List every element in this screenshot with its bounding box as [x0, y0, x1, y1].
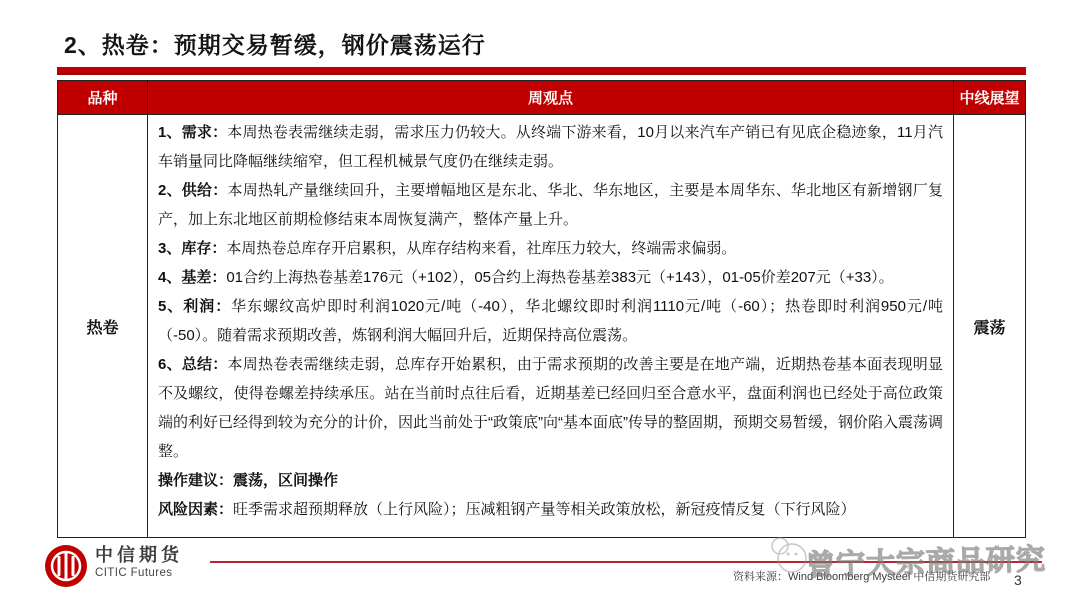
point-profit-label: 5、利润： [158, 298, 231, 315]
point-inventory: 3、库存：本周热卷总库存开启累积，从库存结构来看，社库压力较大，终端需求偏弱。 [158, 234, 943, 263]
point-supply-text: 本周热轧产量继续回升，主要增幅地区是东北、华北、华东地区，主要是本周华东、华北地… [158, 182, 943, 228]
logo-name-en: CITIC Futures [95, 567, 183, 579]
citic-logo-icon [44, 544, 88, 588]
point-basis-label: 4、基差： [158, 269, 226, 286]
point-profit-text: 华东螺纹高炉即时利润1020元/吨（-40），华北螺纹即时利润1110元/吨（-… [158, 298, 943, 344]
point-demand-text: 本周热卷表需继续走弱，需求压力仍较大。从终端下游来看，10月以来汽车产销已有见底… [158, 124, 943, 170]
col-header-outlook: 中线展望 [954, 81, 1026, 115]
point-demand-label: 1、需求： [158, 124, 227, 141]
table-row: 热卷 1、需求：本周热卷表需继续走弱，需求压力仍较大。从终端下游来看，10月以来… [58, 115, 1026, 538]
point-inventory-label: 3、库存： [158, 240, 226, 257]
weekly-view-table: 品种 周观点 中线展望 热卷 1、需求：本周热卷表需继续走弱，需求压力仍较大。从… [57, 80, 1026, 538]
accent-bar [57, 67, 1026, 75]
weekly-points-cell: 1、需求：本周热卷表需继续走弱，需求压力仍较大。从终端下游来看，10月以来汽车产… [148, 115, 954, 538]
point-basis-text: 01合约上海热卷基差176元（+102），05合约上海热卷基差383元（+143… [226, 269, 893, 286]
point-inventory-text: 本周热卷总库存开启累积，从库存结构来看，社库压力较大，终端需求偏弱。 [226, 240, 736, 257]
point-supply: 2、供给：本周热轧产量继续回升，主要增幅地区是东北、华北、华东地区，主要是本周华… [158, 176, 943, 234]
table-header-row: 品种 周观点 中线展望 [58, 81, 1026, 115]
point-summary-text: 本周热卷表需继续走弱，总库存开始累积，由于需求预期的改善主要是在地产端，近期热卷… [158, 356, 943, 460]
point-demand: 1、需求：本周热卷表需继续走弱，需求压力仍较大。从终端下游来看，10月以来汽车产… [158, 118, 943, 176]
outlook-cell: 震荡 [954, 115, 1026, 538]
report-slide: 2、热卷：预期交易暂缓，钢价震荡运行 品种 周观点 中线展望 热卷 1、需求：本… [0, 0, 1080, 608]
point-operation-advice: 操作建议：震荡，区间操作 [158, 466, 943, 495]
point-operation-advice-text: 震荡，区间操作 [233, 472, 338, 489]
watermark-text: 曾宁大宗商品研究 [806, 537, 1047, 584]
col-header-variety: 品种 [58, 81, 148, 115]
point-supply-label: 2、供给： [158, 182, 227, 199]
citic-logo-text: 中信期货 CITIC Futures [95, 545, 183, 579]
point-profit: 5、利润：华东螺纹高炉即时利润1020元/吨（-40），华北螺纹即时利润1110… [158, 292, 943, 350]
point-basis: 4、基差：01合约上海热卷基差176元（+102），05合约上海热卷基差383元… [158, 263, 943, 292]
point-risk-factors-label: 风险因素： [158, 501, 233, 518]
variety-cell: 热卷 [58, 115, 148, 538]
point-risk-factors: 风险因素：旺季需求超预期释放（上行风险）；压减粗钢产量等相关政策放松，新冠疫情反… [158, 495, 943, 524]
point-summary-label: 6、总结： [158, 356, 227, 373]
logo-name-cn: 中信期货 [95, 545, 183, 565]
point-summary: 6、总结：本周热卷表需继续走弱，总库存开始累积，由于需求预期的改善主要是在地产端… [158, 350, 943, 466]
col-header-weekly-view: 周观点 [148, 81, 954, 115]
point-risk-factors-text: 旺季需求超预期释放（上行风险）；压减粗钢产量等相关政策放松，新冠疫情反复（下行风… [233, 501, 856, 518]
page-title: 2、热卷：预期交易暂缓，钢价震荡运行 [64, 27, 486, 60]
watermark-panda-icon [768, 534, 810, 576]
point-operation-advice-label: 操作建议： [158, 472, 233, 489]
